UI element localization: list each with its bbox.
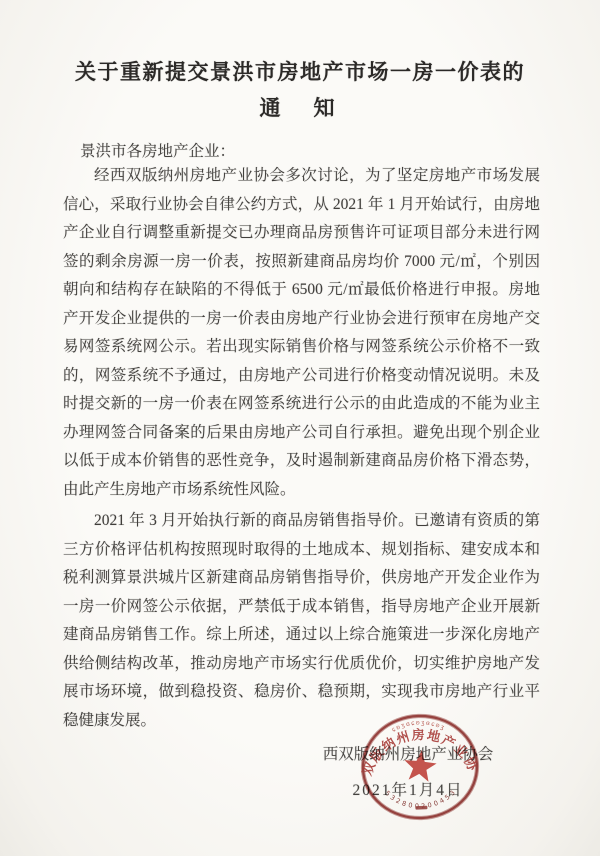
document-title-line2: 通 知 — [0, 92, 600, 122]
document-title-line1: 关于重新提交景洪市房地产市场一房一价表的 — [0, 56, 600, 86]
salutation: 景洪市各房地产企业： — [80, 139, 235, 161]
document-page: 关于重新提交景洪市房地产市场一房一价表的 通 知 景洪市各房地产企业： 经西双版… — [0, 0, 600, 856]
seal-graphic: ɕʚʒɞɕʚʒɞɕʚʒ 西双版纳州房地产业协会 532800200453 — [352, 708, 488, 827]
paragraph-1: 经西双版纳州房地产业协会多次讨论，为了坚定房地产市场发展信心，采取行业协会自律公… — [63, 162, 540, 504]
seal-star-icon — [404, 750, 437, 783]
official-seal: ɕʚʒɞɕʚʒɞɕʚʒ 西双版纳州房地产业协会 532800200453 — [352, 708, 488, 827]
seal-bottom-mark — [415, 806, 427, 810]
paragraph-2: 2021 年 3 月开始执行新的商品房销售指导价。已邀请有资质的第三方价格评估机… — [63, 507, 540, 735]
